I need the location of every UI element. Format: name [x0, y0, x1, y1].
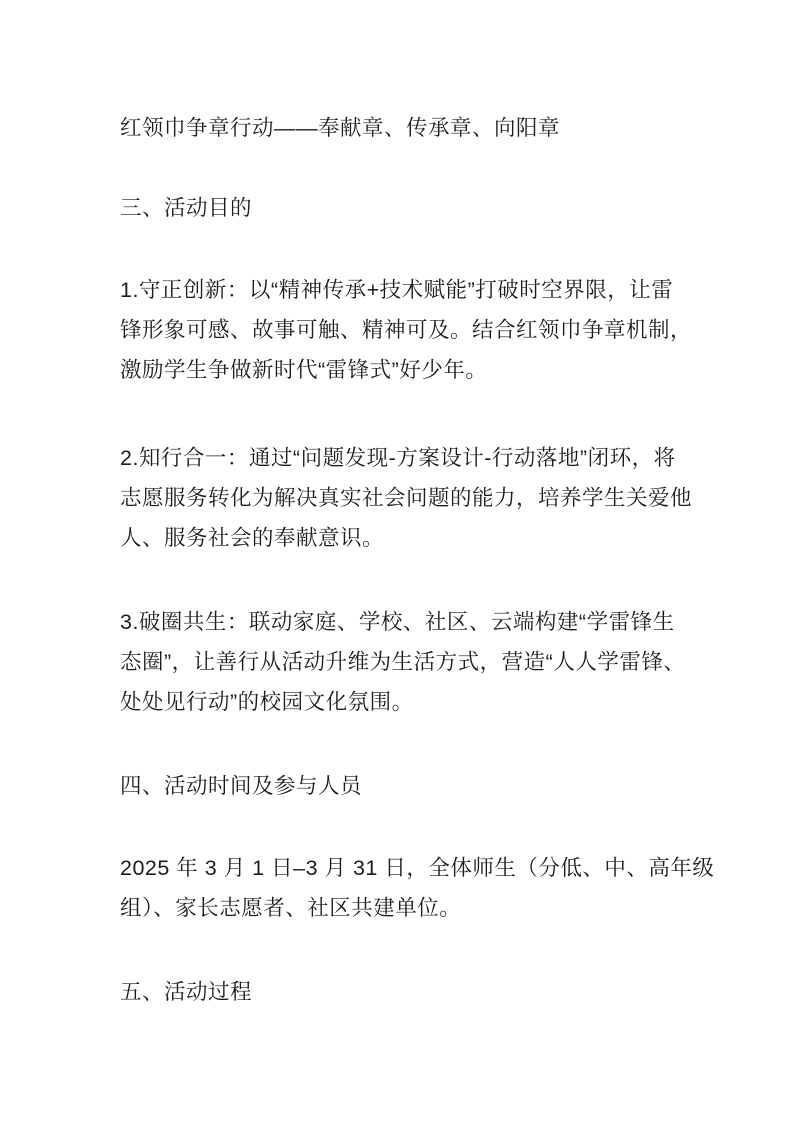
paragraph-line: 态圈”，让善行从活动升维为生活方式，营造“人人学雷锋、	[120, 642, 679, 682]
section-heading-4: 四、活动时间及参与人员	[120, 766, 679, 806]
section-heading-4-text: 四、活动时间及参与人员	[120, 766, 679, 806]
document-title: 红领巾争章行动——奉献章、传承章、向阳章	[120, 108, 679, 148]
paragraph-line: 2025 年 3 月 1 日–3 月 31 日，全体师生（分低、中、高年级	[120, 848, 679, 888]
paragraph-line: 3.破圈共生：联动家庭、学校、社区、云端构建“学雷锋生	[120, 602, 679, 642]
paragraph-purpose-1: 1.守正创新：以“精神传承+技术赋能”打破时空界限，让雷 锋形象可感、故事可触、…	[120, 270, 679, 390]
paragraph-line: 锋形象可感、故事可触、精神可及。结合红领巾争章机制，	[120, 310, 679, 350]
document-page: 红领巾争章行动——奉献章、传承章、向阳章 三、活动目的 1.守正创新：以“精神传…	[0, 0, 793, 1122]
paragraph-line: 处处见行动”的校园文化氛围。	[120, 682, 679, 722]
paragraph-purpose-3: 3.破圈共生：联动家庭、学校、社区、云端构建“学雷锋生 态圈”，让善行从活动升维…	[120, 602, 679, 722]
section-heading-3: 三、活动目的	[120, 188, 679, 228]
paragraph-line: 1.守正创新：以“精神传承+技术赋能”打破时空界限，让雷	[120, 270, 679, 310]
paragraph-time-participants: 2025 年 3 月 1 日–3 月 31 日，全体师生（分低、中、高年级 组）…	[120, 848, 679, 928]
section-heading-5: 五、活动过程	[120, 972, 679, 1012]
paragraph-line: 2.知行合一：通过“问题发现-方案设计-行动落地”闭环，将	[120, 438, 679, 478]
paragraph-line: 激励学生争做新时代“雷锋式”好少年。	[120, 350, 679, 390]
paragraph-line: 人、服务社会的奉献意识。	[120, 518, 679, 558]
paragraph-line: 组）、家长志愿者、社区共建单位。	[120, 888, 679, 928]
section-heading-5-text: 五、活动过程	[120, 972, 679, 1012]
section-heading-3-text: 三、活动目的	[120, 188, 679, 228]
paragraph-line: 志愿服务转化为解决真实社会问题的能力，培养学生关爱他	[120, 478, 679, 518]
paragraph-purpose-2: 2.知行合一：通过“问题发现-方案设计-行动落地”闭环，将 志愿服务转化为解决真…	[120, 438, 679, 558]
document-title-text: 红领巾争章行动——奉献章、传承章、向阳章	[120, 108, 679, 148]
